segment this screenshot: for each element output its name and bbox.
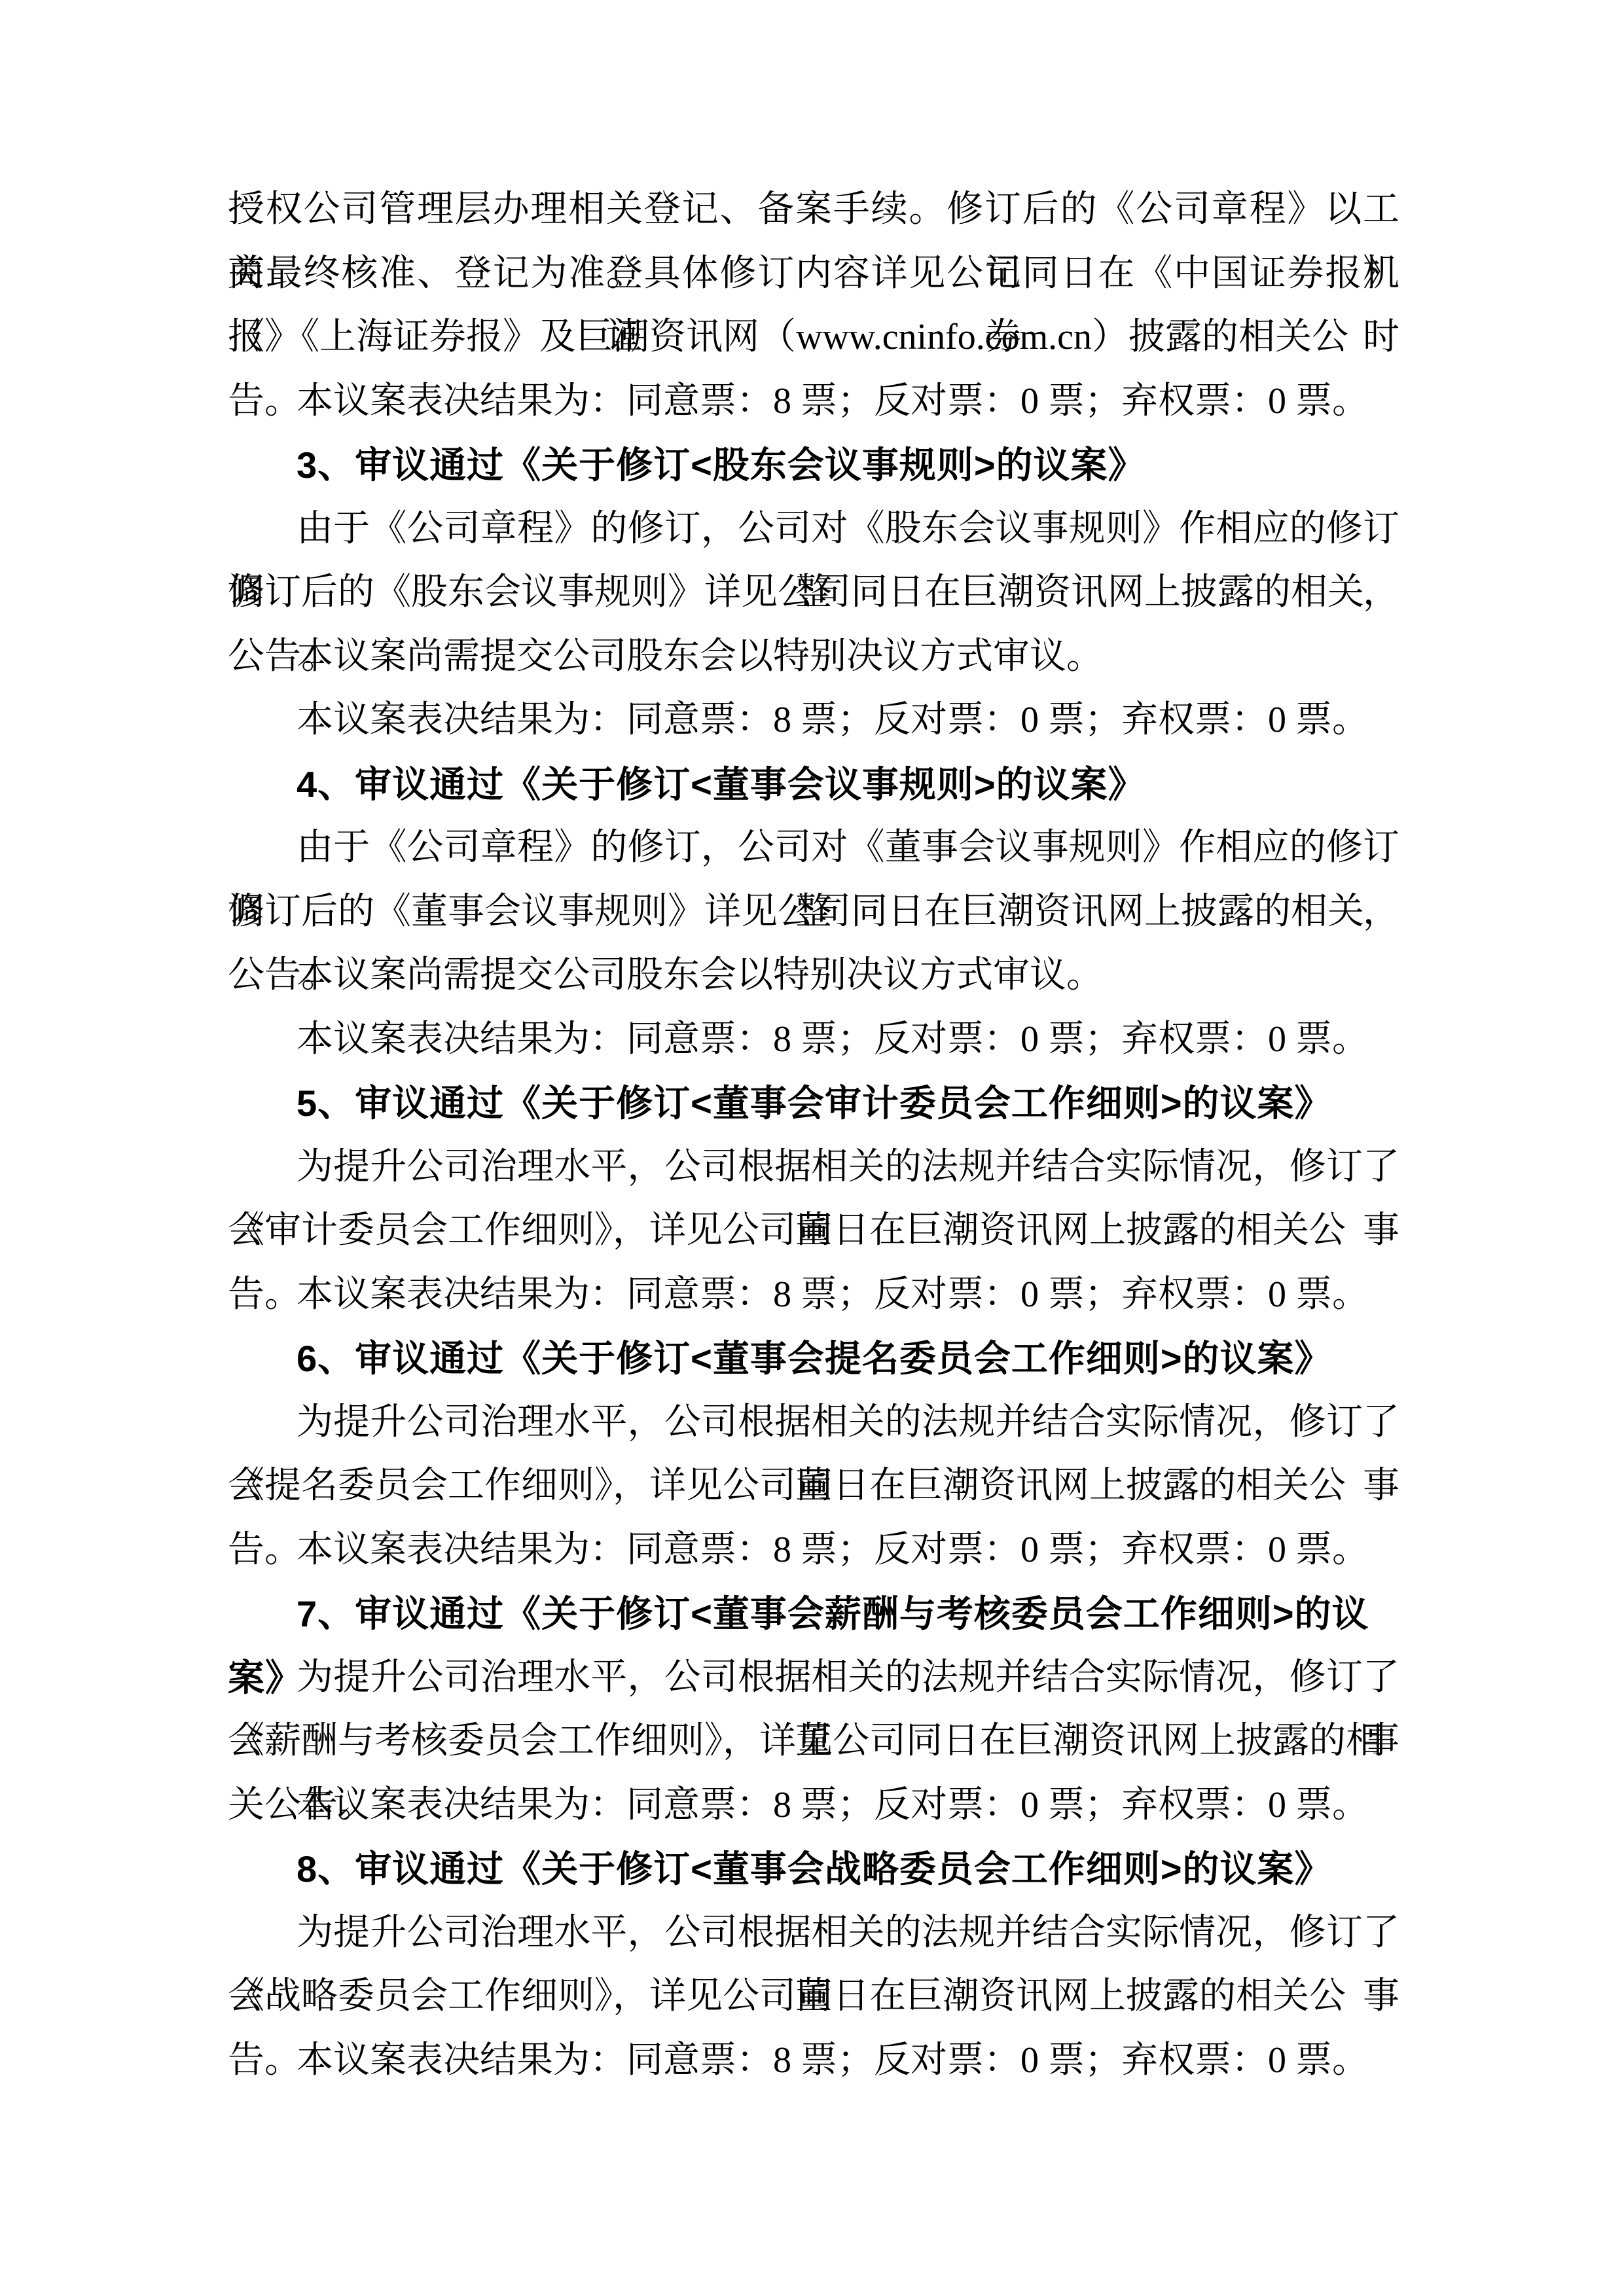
vote-result-line: 本议案表决结果为：同意票：8 票；反对票：0 票；弃权票：0 票。 <box>228 689 1399 753</box>
body-text-line: 会薪酬与考核委员会工作细则》，详见公司同日在巨潮资讯网上披露的相关公告。 <box>228 1710 1399 1774</box>
vote-result-line: 本议案表决结果为：同意票：8 票；反对票：0 票；弃权票：0 票。 <box>228 2029 1399 2093</box>
body-text-line: 为提升公司治理水平，公司根据相关的法规并结合实际情况，修订了《董事 <box>228 1136 1399 1200</box>
agenda-heading-line: 6、审议通过《关于修订<董事会提名委员会工作细则>的议案》 <box>228 1327 1399 1391</box>
agenda-heading-line: 8、审议通过《关于修订<董事会战略委员会工作细则>的议案》 <box>228 1837 1399 1901</box>
document-body: 授权公司管理层办理相关登记、备案手续。修订后的《公司章程》以工商登记机关最终核准… <box>228 178 1399 2092</box>
body-text-line: 修订后的《董事会议事规则》详见公司同日在巨潮资讯网上披露的相关公告。 <box>228 880 1399 944</box>
body-text-line: 授权公司管理层办理相关登记、备案手续。修订后的《公司章程》以工商登记机 <box>228 178 1399 242</box>
vote-result-line: 本议案表决结果为：同意票：8 票；反对票：0 票；弃权票：0 票。 <box>228 1774 1399 1838</box>
agenda-heading-line: 3、审议通过《关于修订<股东会议事规则>的议案》 <box>228 433 1399 497</box>
body-text-line: 由于《公司章程》的修订，公司对《股东会议事规则》作相应的修订调整， <box>228 497 1399 562</box>
agenda-heading-line: 5、审议通过《关于修订<董事会审计委员会工作细则>的议案》 <box>228 1071 1399 1136</box>
body-text-line: 本议案尚需提交公司股东会以特别决议方式审议。 <box>228 944 1399 1008</box>
body-text-line: 由于《公司章程》的修订，公司对《董事会议事规则》作相应的修订调整， <box>228 816 1399 880</box>
body-text-line: 会战略委员会工作细则》，详见公司同日在巨潮资讯网上披露的相关公告。 <box>228 1965 1399 2029</box>
body-text-line: 为提升公司治理水平，公司根据相关的法规并结合实际情况，修订了《董事 <box>228 1391 1399 1455</box>
body-text-line: 会审计委员会工作细则》，详见公司同日在巨潮资讯网上披露的相关公告。 <box>228 1199 1399 1263</box>
body-text-line: 会提名委员会工作细则》，详见公司同日在巨潮资讯网上披露的相关公告。 <box>228 1454 1399 1518</box>
vote-result-line: 本议案表决结果为：同意票：8 票；反对票：0 票；弃权票：0 票。 <box>228 370 1399 434</box>
agenda-heading-line: 7、审议通过《关于修订<董事会薪酬与考核委员会工作细则>的议案》 <box>228 1582 1399 1646</box>
vote-result-line: 本议案表决结果为：同意票：8 票；反对票：0 票；弃权票：0 票。 <box>228 1263 1399 1327</box>
body-text-line: 修订后的《股东会议事规则》详见公司同日在巨潮资讯网上披露的相关公告。 <box>228 561 1399 625</box>
body-text-line: 关最终核准、登记为准。具体修订内容详见公司同日在《中国证券报》《证券时 <box>228 242 1399 306</box>
vote-result-line: 本议案表决结果为：同意票：8 票；反对票：0 票；弃权票：0 票。 <box>228 1518 1399 1583</box>
document-page: 授权公司管理层办理相关登记、备案手续。修订后的《公司章程》以工商登记机关最终核准… <box>0 0 1624 2296</box>
body-text-line: 为提升公司治理水平，公司根据相关的法规并结合实际情况，修订了《董事 <box>228 1646 1399 1710</box>
body-text-line: 报》《上海证券报》及巨潮资讯网（www.cninfo.com.cn）披露的相关公… <box>228 306 1399 370</box>
body-text-line: 本议案尚需提交公司股东会以特别决议方式审议。 <box>228 625 1399 689</box>
agenda-heading-line: 4、审议通过《关于修订<董事会议事规则>的议案》 <box>228 753 1399 817</box>
vote-result-line: 本议案表决结果为：同意票：8 票；反对票：0 票；弃权票：0 票。 <box>228 1008 1399 1072</box>
body-text-line: 为提升公司治理水平，公司根据相关的法规并结合实际情况，修订了《董事 <box>228 1901 1399 1965</box>
